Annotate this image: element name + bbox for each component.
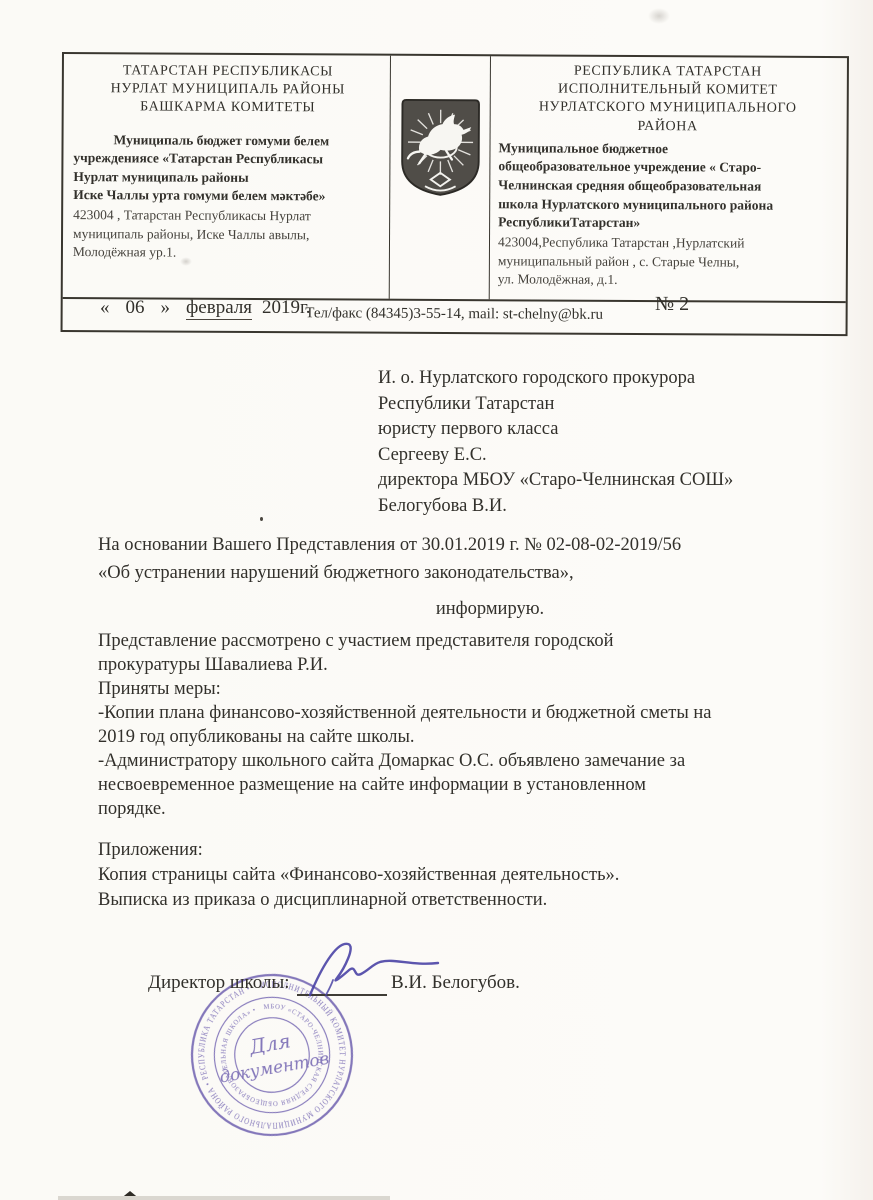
coat-of-arms-icon bbox=[396, 96, 485, 200]
scan-smudge bbox=[180, 257, 192, 266]
date-year: 2019г. bbox=[262, 297, 310, 318]
org-name-russian: РЕСПУБЛИКА ТАТАРСТАНИСПОЛНИТЕЛЬНЫЙ КОМИТ… bbox=[499, 62, 837, 137]
body-intro-paragraph: На основании Вашего Представления от 30.… bbox=[98, 531, 833, 587]
recipient-block: И. о. Нурлатского городского прокурораРе… bbox=[378, 366, 828, 519]
open-quote: « bbox=[100, 297, 110, 318]
letterhead-emblem-cell bbox=[390, 56, 491, 299]
scan-dot bbox=[260, 517, 263, 521]
institution-name-tatar: Муниципаль бюджет гомуми белемучреждения… bbox=[73, 131, 381, 207]
institution-address-tatar: 423004 , Татарстан Республикасы Нурлатму… bbox=[73, 206, 381, 263]
scanned-letter-page: ТАТАРСТАН РЕСПУБЛИКАСЫНУРЛАТ МУНИЦИПАЛЬ … bbox=[0, 0, 873, 1200]
org-name-tatar: ТАТАРСТАН РЕСПУБЛИКАСЫНУРЛАТ МУНИЦИПАЛЬ … bbox=[74, 62, 382, 118]
handwritten-signature bbox=[292, 933, 457, 1005]
inform-word: информирую. bbox=[170, 599, 810, 620]
institution-name-russian: Муниципальное бюджетноеобщеобразовательн… bbox=[498, 139, 836, 234]
date-month: февраля bbox=[186, 297, 252, 320]
body-main-paragraph: Представление рассмотрено с участием пре… bbox=[98, 629, 843, 821]
document-number: № 2 bbox=[655, 293, 689, 316]
scan-edge-strip bbox=[58, 1196, 390, 1200]
institution-address-russian: 423004,Республика Татарстан ,Нурлатскийм… bbox=[498, 233, 836, 291]
close-quote: » bbox=[161, 297, 171, 318]
letterhead-left-cell: ТАТАРСТАН РЕСПУБЛИКАСЫНУРЛАТ МУНИЦИПАЛЬ … bbox=[63, 54, 391, 298]
signature-label: Директор школы: bbox=[148, 972, 290, 994]
date-line: «06»февраля2019г. bbox=[100, 297, 310, 319]
date-day: 06 bbox=[126, 297, 145, 318]
letterhead-right-cell: РЕСПУБЛИКА ТАТАРСТАНИСПОЛНИТЕЛЬНЫЙ КОМИТ… bbox=[490, 56, 847, 301]
attachments-list: Приложения:Копия страницы сайта «Финансо… bbox=[98, 838, 838, 913]
scan-smudge bbox=[648, 8, 670, 24]
letterhead-table: ТАТАРСТАН РЕСПУБЛИКАСЫНУРЛАТ МУНИЦИПАЛЬ … bbox=[61, 52, 849, 336]
